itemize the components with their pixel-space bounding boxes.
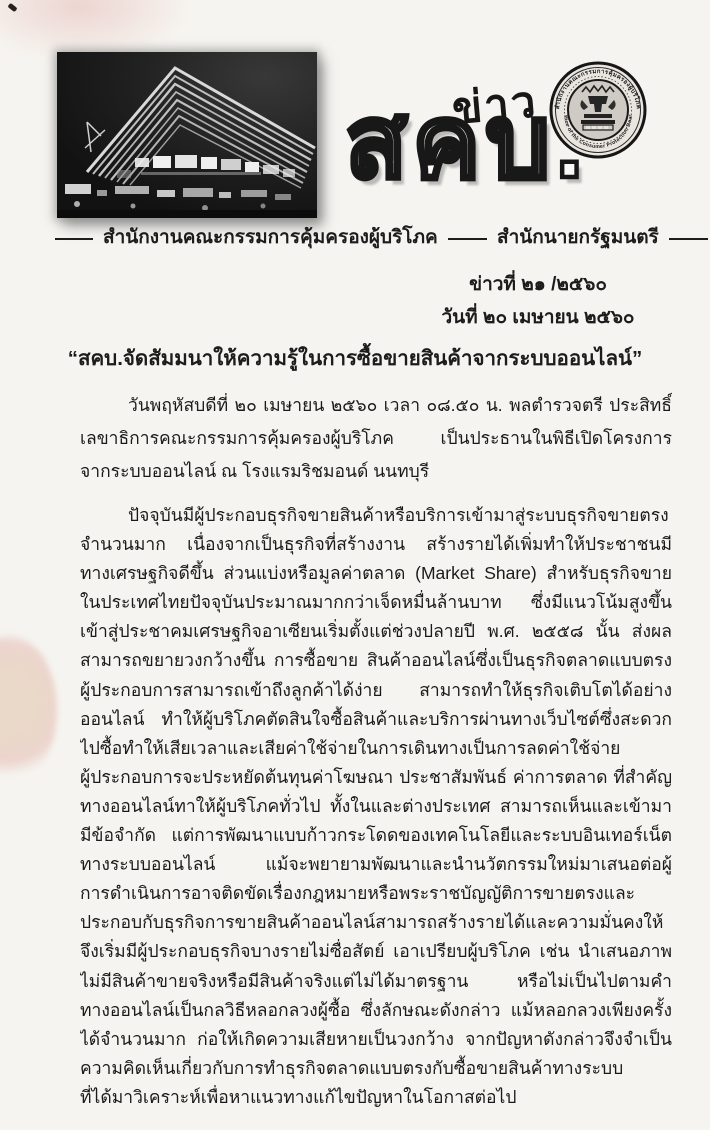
body-line: ออนไลน์ ทำให้ผู้บริโภคตัดสินใจซื้อสินค้า… xyxy=(80,705,672,734)
body-line: ไปซื้อทำให้เสียเวลาและเสียค่าใช้จ่ายในกา… xyxy=(80,734,672,763)
body-line: เข้าสู่ประชาคมเศรษฐกิจอาเซียนเริ่มตั้งแต… xyxy=(80,617,672,646)
headline: “สคบ.จัดสัมมนาให้ความรู้ในการซื้อขายสินค… xyxy=(0,342,710,375)
scan-smudge-left xyxy=(0,635,57,785)
news-number-line: ข่าวที่ ๒๑ /๒๕๖๐ xyxy=(392,268,684,301)
org-name-right: สำนักนายกรัฐมนตรี xyxy=(497,222,659,252)
date-line: วันที่ ๒๐ เมษายน ๒๕๖๐ xyxy=(392,301,684,334)
ocpb-seal-image: สำนักงานคณะกรรมการคุ้มครองผู้บริโภค Offi… xyxy=(548,60,648,160)
body-line: จำนวนมาก เนื่องจากเป็นธุรกิจที่สร้างงาน … xyxy=(80,530,672,559)
body-line: ผู้ประกอบการจะประหยัดต้นทุนค่าโฆษณา ประช… xyxy=(80,763,672,792)
building-photo-image xyxy=(57,52,317,218)
body-line: ทางระบบออนไลน์ แม้จะพยายามพัฒนาและนำนวัต… xyxy=(80,850,672,879)
body-line: ประกอบกับธุรกิจการขายสินค้าออนไลน์สามารถ… xyxy=(80,908,672,937)
divider-line xyxy=(448,238,487,240)
body-line: ปัจจุบันมีผู้ประกอบธุรกิจขายสินค้าหรือบร… xyxy=(80,501,672,530)
body-line: การดำเนินการอาจติดขัดเรื่องกฎหมายหรือพระ… xyxy=(80,879,672,908)
body-line: เลขาธิการคณะกรรมการคุ้มครองผู้บริโภค เป็… xyxy=(80,422,672,455)
ocpb-seal: สำนักงานคณะกรรมการคุ้มครองผู้บริโภค Offi… xyxy=(548,60,648,160)
body-line: มีข้อจำกัด แต่การพัฒนาแบบก้าวกระโดดของเท… xyxy=(80,821,672,850)
meta-block: ข่าวที่ ๒๑ /๒๕๖๐ วันที่ ๒๐ เมษายน ๒๕๖๐ xyxy=(392,268,684,334)
scan-speck xyxy=(7,3,17,12)
divider-line xyxy=(55,238,93,240)
body-line: ความคิดเห็นเกี่ยวกับการทำธุรกิจตลาดแบบตร… xyxy=(80,1054,672,1083)
org-name-left: สำนักงานคณะกรรมการคุ้มครองผู้บริโภค xyxy=(103,222,438,252)
body-line: ทางออนไลน์เป็นกลวิธีหลอกลวงผู้ซื้อ ซึ่งล… xyxy=(80,996,672,1025)
body-line: ที่ได้มาวิเคราะห์เพื่อหาแนวทางแก้ไขปัญหา… xyxy=(80,1083,672,1112)
body-line: ไม่มีสินค้าขายจริงหรือมีสินค้าจริงแต่ไม่… xyxy=(80,967,672,996)
paragraph: วันพฤหัสบดีที่ ๒๐ เมษายน ๒๕๖๐ เวลา ๐๘.๕๐… xyxy=(80,389,672,488)
body-line: จึงเริ่มมีผู้ประกอบธุรกิจบางรายไม่ซื่อสั… xyxy=(80,937,672,966)
divider-line xyxy=(669,238,708,240)
body-line: ในประเทศไทยปัจจุบันประมาณมากกว่าเจ็ดหมื่… xyxy=(80,588,672,617)
paragraph: ปัจจุบันมีผู้ประกอบธุรกิจขายสินค้าหรือบร… xyxy=(80,501,672,1112)
body-line: วันพฤหัสบดีที่ ๒๐ เมษายน ๒๕๖๐ เวลา ๐๘.๕๐… xyxy=(80,389,672,422)
body-line: จากระบบออนไลน์ ณ โรงแรมริชมอนด์ นนทบุรี xyxy=(80,455,672,488)
body-line: ทางเศรษฐกิจดีขึ้น ส่วนแบ่งหรือมูลค่าตลาด… xyxy=(80,559,672,588)
org-divider-row: สำนักงานคณะกรรมการคุ้มครองผู้บริโภค สำนั… xyxy=(55,222,708,252)
body-line: ทางออนไลน์ทาให้ผู้บริโภคทั่วไป ทั้งในและ… xyxy=(80,792,672,821)
press-release-page: ข่าว สคบ. สำนักงานคณะกรรมการคุ้มครองผู้บ… xyxy=(0,0,710,1130)
document-body: วันพฤหัสบดีที่ ๒๐ เมษายน ๒๕๖๐ เวลา ๐๘.๕๐… xyxy=(80,389,672,1112)
body-line: ได้จำนวนมาก ก่อให้เกิดความเสียหายเป็นวงก… xyxy=(80,1025,672,1054)
body-line: สามารถขยายวงกว้างขึ้น การซื้อขาย สินค้าอ… xyxy=(80,646,672,675)
body-line: ผู้ประกอบการสามารถเข้าถึงลูกค้าได้ง่าย ส… xyxy=(80,676,672,705)
building-photo xyxy=(57,52,317,218)
